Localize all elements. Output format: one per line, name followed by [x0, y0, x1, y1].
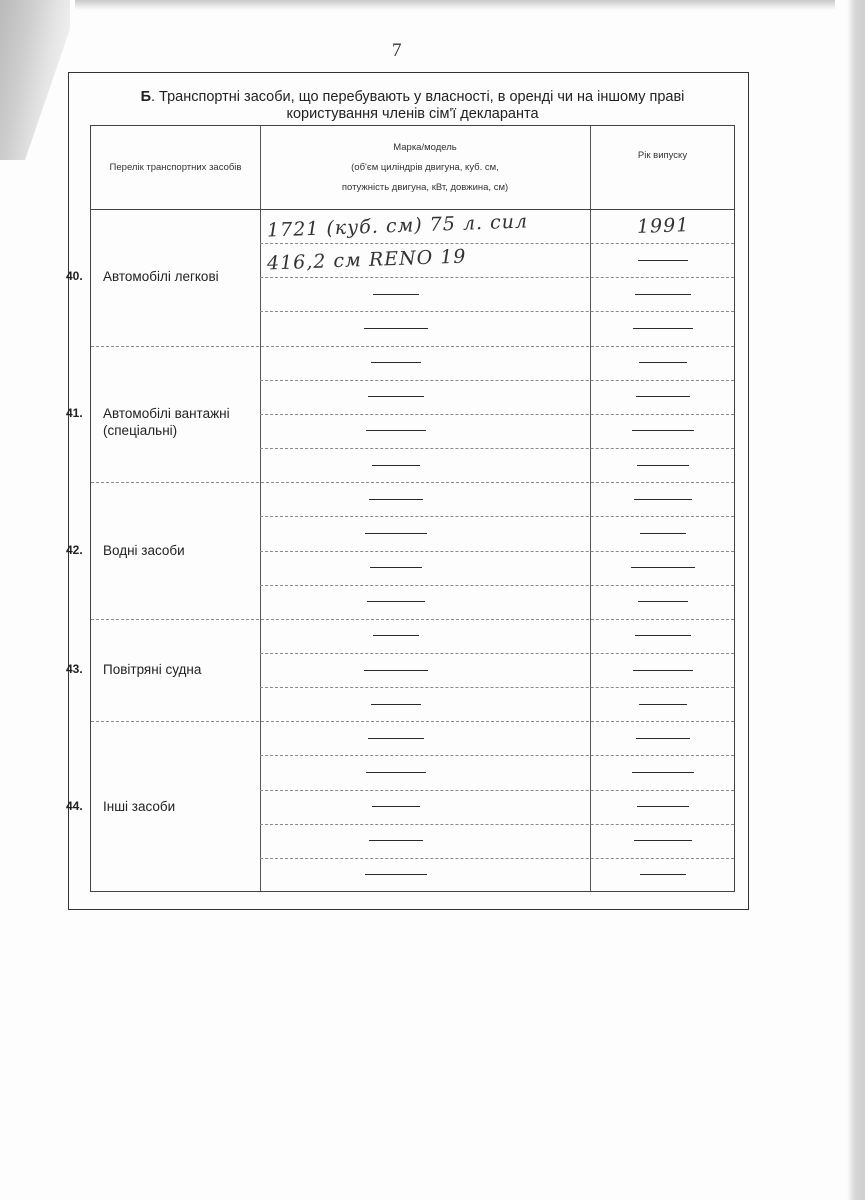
- empty-dash: [638, 601, 688, 602]
- category-label: Водні засоби: [103, 542, 253, 559]
- empty-dash: [373, 635, 419, 636]
- model-cell: [261, 755, 590, 789]
- empty-dash: [372, 806, 420, 807]
- model-cell: [261, 448, 590, 482]
- empty-dash: [638, 260, 688, 261]
- empty-dash: [639, 704, 687, 705]
- empty-dash: [636, 396, 690, 397]
- empty-dash: [633, 670, 693, 671]
- empty-dash: [632, 430, 694, 431]
- year-cell: [591, 311, 735, 345]
- handwritten-year: 1991: [636, 214, 689, 238]
- empty-dash: [373, 294, 419, 295]
- empty-dash: [364, 670, 428, 671]
- year-cell: [591, 516, 735, 550]
- model-cell: [261, 721, 590, 755]
- model-cell: [261, 687, 590, 721]
- header-list: Перелік транспортних засобів: [91, 126, 260, 209]
- model-cell: [261, 585, 590, 619]
- model-cell: [261, 653, 590, 687]
- category-number: 40.: [66, 269, 83, 283]
- handwritten-model: 416,2 см RENO 19: [267, 246, 467, 275]
- model-cell: [261, 311, 590, 345]
- empty-dash: [365, 874, 427, 875]
- year-cell: [591, 414, 735, 448]
- model-cell: 1721 (куб. см) 75 л. сил: [261, 209, 590, 243]
- year-cell: [591, 755, 735, 789]
- category-label: Повітряні судна: [103, 661, 253, 678]
- header-model: Марка/модель (об'єм циліндрів двигуна, к…: [260, 126, 590, 209]
- model-cell: [261, 414, 590, 448]
- empty-dash: [368, 738, 424, 739]
- model-cell: [261, 380, 590, 414]
- empty-dash: [367, 601, 425, 602]
- section-title: Б. Транспортні засоби, що перебувають у …: [90, 89, 735, 123]
- year-cell: [591, 858, 735, 892]
- empty-dash: [632, 772, 694, 773]
- model-cell: 416,2 см RENO 19: [261, 243, 590, 277]
- empty-dash: [371, 362, 421, 363]
- year-cell: [591, 551, 735, 585]
- year-cell: [591, 585, 735, 619]
- model-cell: [261, 858, 590, 892]
- vehicles-table: Перелік транспортних засобів Марка/модел…: [90, 125, 735, 892]
- section-letter: Б: [141, 89, 151, 105]
- scan-shadow-right: [847, 0, 865, 1200]
- empty-dash: [365, 533, 427, 534]
- model-cell: [261, 551, 590, 585]
- empty-dash: [369, 499, 423, 500]
- handwritten-model: 1721 (куб. см) 75 л. сил: [267, 211, 529, 242]
- year-cell: [591, 790, 735, 824]
- empty-dash: [640, 874, 686, 875]
- year-cell: [591, 380, 735, 414]
- empty-dash: [368, 396, 424, 397]
- scan-shadow-top: [75, 0, 835, 10]
- empty-dash: [366, 772, 426, 773]
- empty-dash: [366, 430, 426, 431]
- category-number: 44.: [66, 799, 83, 813]
- empty-dash: [640, 533, 686, 534]
- empty-dash: [364, 328, 428, 329]
- empty-dash: [639, 362, 687, 363]
- page-number: 7: [392, 40, 402, 62]
- empty-dash: [637, 465, 689, 466]
- model-cell: [261, 482, 590, 516]
- empty-dash: [633, 328, 693, 329]
- header-year: Рік випуску: [590, 126, 735, 209]
- empty-dash: [634, 840, 692, 841]
- model-cell: [261, 619, 590, 653]
- empty-dash: [371, 704, 421, 705]
- empty-dash: [631, 567, 695, 568]
- empty-dash: [369, 840, 423, 841]
- empty-dash: [635, 294, 691, 295]
- scan-shadow-left: [0, 0, 70, 160]
- model-cell: [261, 346, 590, 380]
- year-cell: [591, 346, 735, 380]
- section-title-line1: . Транспортні засоби, що перебувають у в…: [151, 89, 684, 105]
- year-cell: [591, 277, 735, 311]
- category-label: Інші засоби: [103, 798, 253, 815]
- year-cell: [591, 824, 735, 858]
- category-number: 43.: [66, 662, 83, 676]
- empty-dash: [370, 567, 422, 568]
- empty-dash: [634, 499, 692, 500]
- category-number: 41.: [66, 406, 83, 420]
- year-cell: [591, 687, 735, 721]
- year-cell: [591, 619, 735, 653]
- model-cell: [261, 824, 590, 858]
- year-cell: [591, 721, 735, 755]
- empty-dash: [635, 635, 691, 636]
- category-number: 42.: [66, 543, 83, 557]
- year-cell: 1991: [591, 209, 735, 243]
- section-title-line2: користування членів сім'ї декларанта: [286, 106, 538, 122]
- year-cell: [591, 448, 735, 482]
- year-cell: [591, 243, 735, 277]
- category-label: Автомобілі вантажні (спеціальні): [103, 405, 253, 439]
- category-label: Автомобілі легкові: [103, 268, 253, 285]
- year-cell: [591, 653, 735, 687]
- model-cell: [261, 277, 590, 311]
- year-cell: [591, 482, 735, 516]
- empty-dash: [636, 738, 690, 739]
- empty-dash: [372, 465, 420, 466]
- empty-dash: [637, 806, 689, 807]
- model-cell: [261, 516, 590, 550]
- model-cell: [261, 790, 590, 824]
